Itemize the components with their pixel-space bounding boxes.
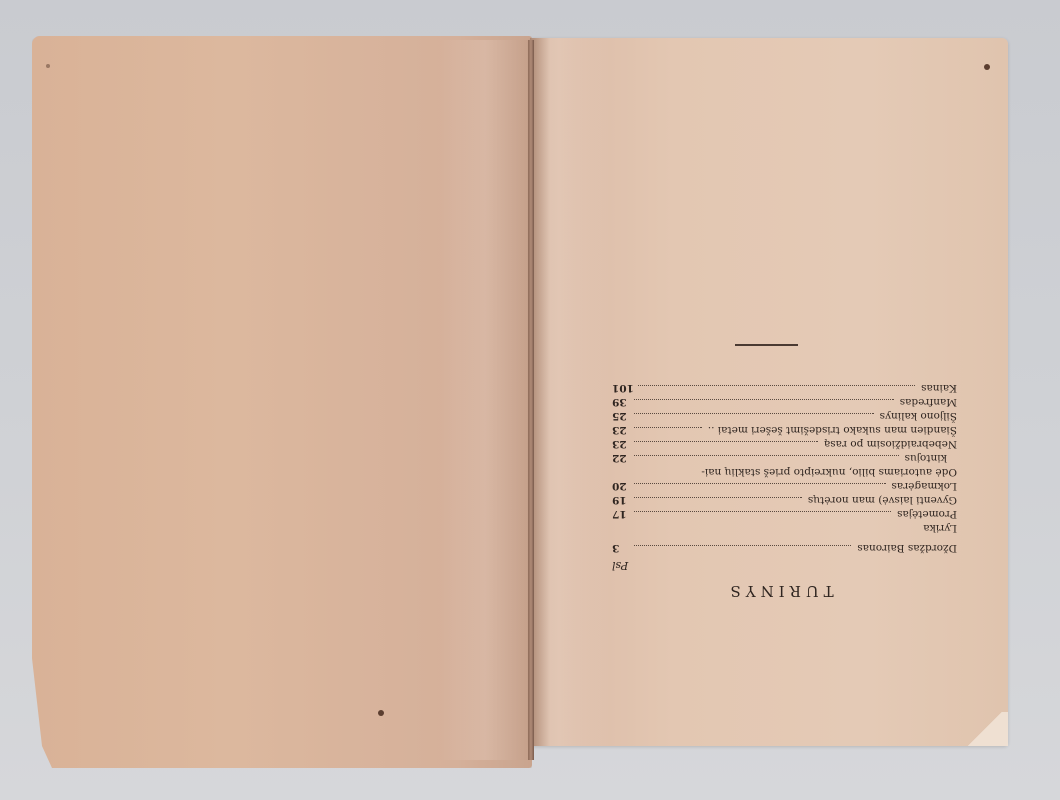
toc-entry: Šiandien man sukako trisdešimt šešeri me… [612, 423, 957, 437]
page-column-label: Psl [612, 559, 957, 572]
toc-entry: Odė autoriams bilio, nukreipto prieš sta… [612, 465, 957, 479]
toc-entry: Gyventi laisvė) man norėtųs19 [612, 493, 957, 507]
toc-section-heading: Lyrika [612, 521, 957, 535]
toc-entry: Šiljono kalinys25 [612, 409, 957, 423]
toc-entry: Prometėjas17 [612, 507, 957, 521]
toc-entry: Kainas101 [612, 381, 957, 395]
ink-spot [378, 710, 384, 716]
toc-entry: Nebebraidžiosim po rasą23 [612, 437, 957, 451]
toc-entry: Lokmagėras20 [612, 479, 957, 493]
toc-entry: kintojus22 [612, 451, 957, 465]
toc-title: TURINYS [612, 582, 957, 600]
folded-corner [962, 712, 1008, 746]
table-of-contents: TURINYS Psl Džordžas Baironas3 Lyrika Pr… [612, 330, 957, 600]
right-page-spine-wear [530, 38, 610, 746]
toc-entry: Džordžas Baironas3 [612, 541, 957, 555]
left-page-spine-wear [440, 40, 530, 760]
ink-spot [984, 64, 990, 70]
toc-entry: Manfredas39 [612, 395, 957, 409]
ink-spot [46, 64, 50, 68]
book-gutter [528, 40, 534, 760]
